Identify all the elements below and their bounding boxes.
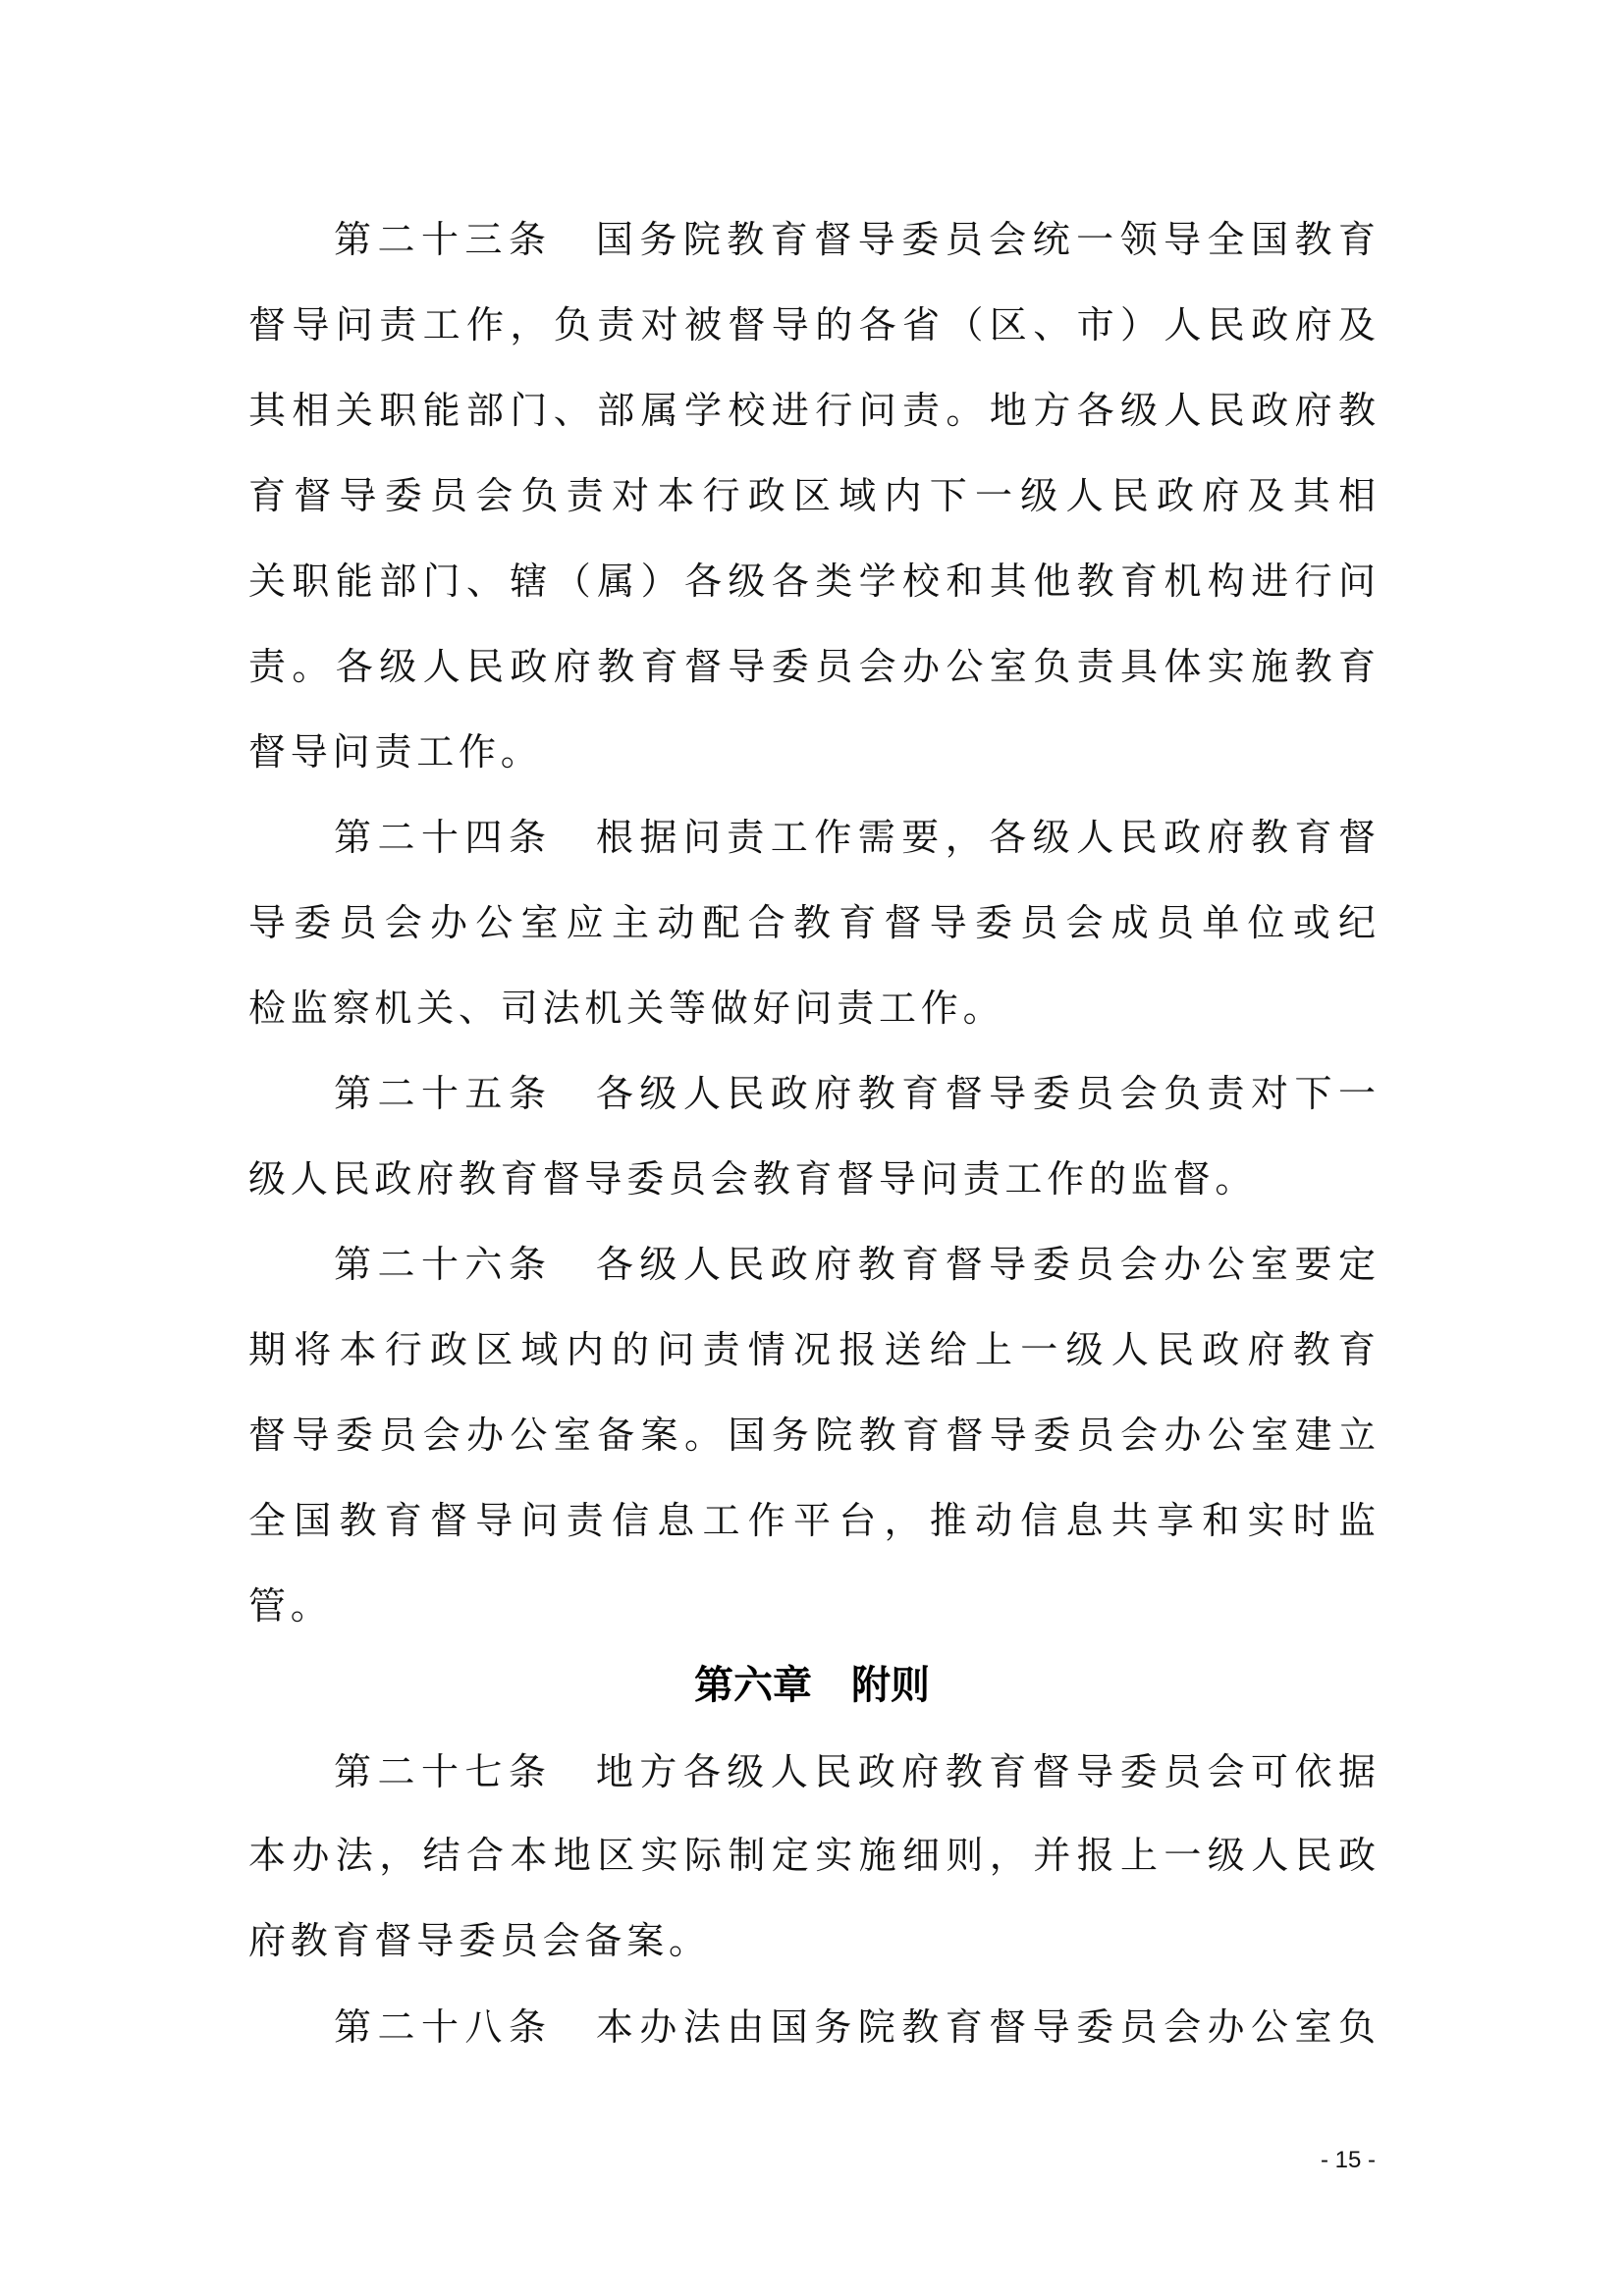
document-page: 第二十三条 国务院教育督导委员会统一领导全国教育 督导问责工作，负责对被督导的各… xyxy=(0,0,1624,2296)
article-27-line-1: 第二十七条 地方各级人民政府教育督导委员会可依据 xyxy=(334,1742,1376,1801)
article-26-line-3: 督导委员会办公室备案。国务院教育督导委员会办公室建立 xyxy=(248,1406,1376,1465)
article-25-line-2: 级人民政府教育督导委员会教育督导问责工作的监督。 xyxy=(248,1149,1376,1208)
article-24-line-2: 导委员会办公室应主动配合教育督导委员会成员单位或纪 xyxy=(248,893,1376,952)
article-23-line-7: 督导问责工作。 xyxy=(248,722,1376,781)
article-23-line-6: 责。各级人民政府教育督导委员会办公室负责具体实施教育 xyxy=(248,637,1376,696)
article-26-line-4: 全国教育督导问责信息工作平台，推动信息共享和实时监 xyxy=(248,1491,1376,1550)
article-23-line-1: 第二十三条 国务院教育督导委员会统一领导全国教育 xyxy=(334,210,1376,269)
article-23-line-3: 其相关职能部门、部属学校进行问责。地方各级人民政府教 xyxy=(248,381,1376,440)
article-25-line-1: 第二十五条 各级人民政府教育督导委员会负责对下一 xyxy=(334,1064,1376,1123)
page-number: - 15 - xyxy=(1306,2146,1390,2175)
article-26-line-5: 管。 xyxy=(248,1576,1376,1635)
article-23-line-4: 育督导委员会负责对本行政区域内下一级人民政府及其相 xyxy=(248,466,1376,525)
article-27-line-2: 本办法，结合本地区实际制定实施细则，并报上一级人民政 xyxy=(248,1826,1376,1885)
article-28-line-1: 第二十八条 本办法由国务院教育督导委员会办公室负 xyxy=(334,1998,1376,2056)
article-26-line-1: 第二十六条 各级人民政府教育督导委员会办公室要定 xyxy=(334,1235,1376,1294)
article-27-line-3: 府教育督导委员会备案。 xyxy=(248,1911,1376,1970)
article-24-line-3: 检监察机关、司法机关等做好问责工作。 xyxy=(248,979,1376,1038)
article-26-line-2: 期将本行政区域内的问责情况报送给上一级人民政府教育 xyxy=(248,1320,1376,1379)
article-23-line-5: 关职能部门、辖（属）各级各类学校和其他教育机构进行问 xyxy=(248,552,1376,611)
article-24-line-1: 第二十四条 根据问责工作需要，各级人民政府教育督 xyxy=(334,808,1376,867)
chapter-heading: 第六章 附则 xyxy=(0,1656,1624,1715)
article-23-line-2: 督导问责工作，负责对被督导的各省（区、市）人民政府及 xyxy=(248,295,1376,354)
